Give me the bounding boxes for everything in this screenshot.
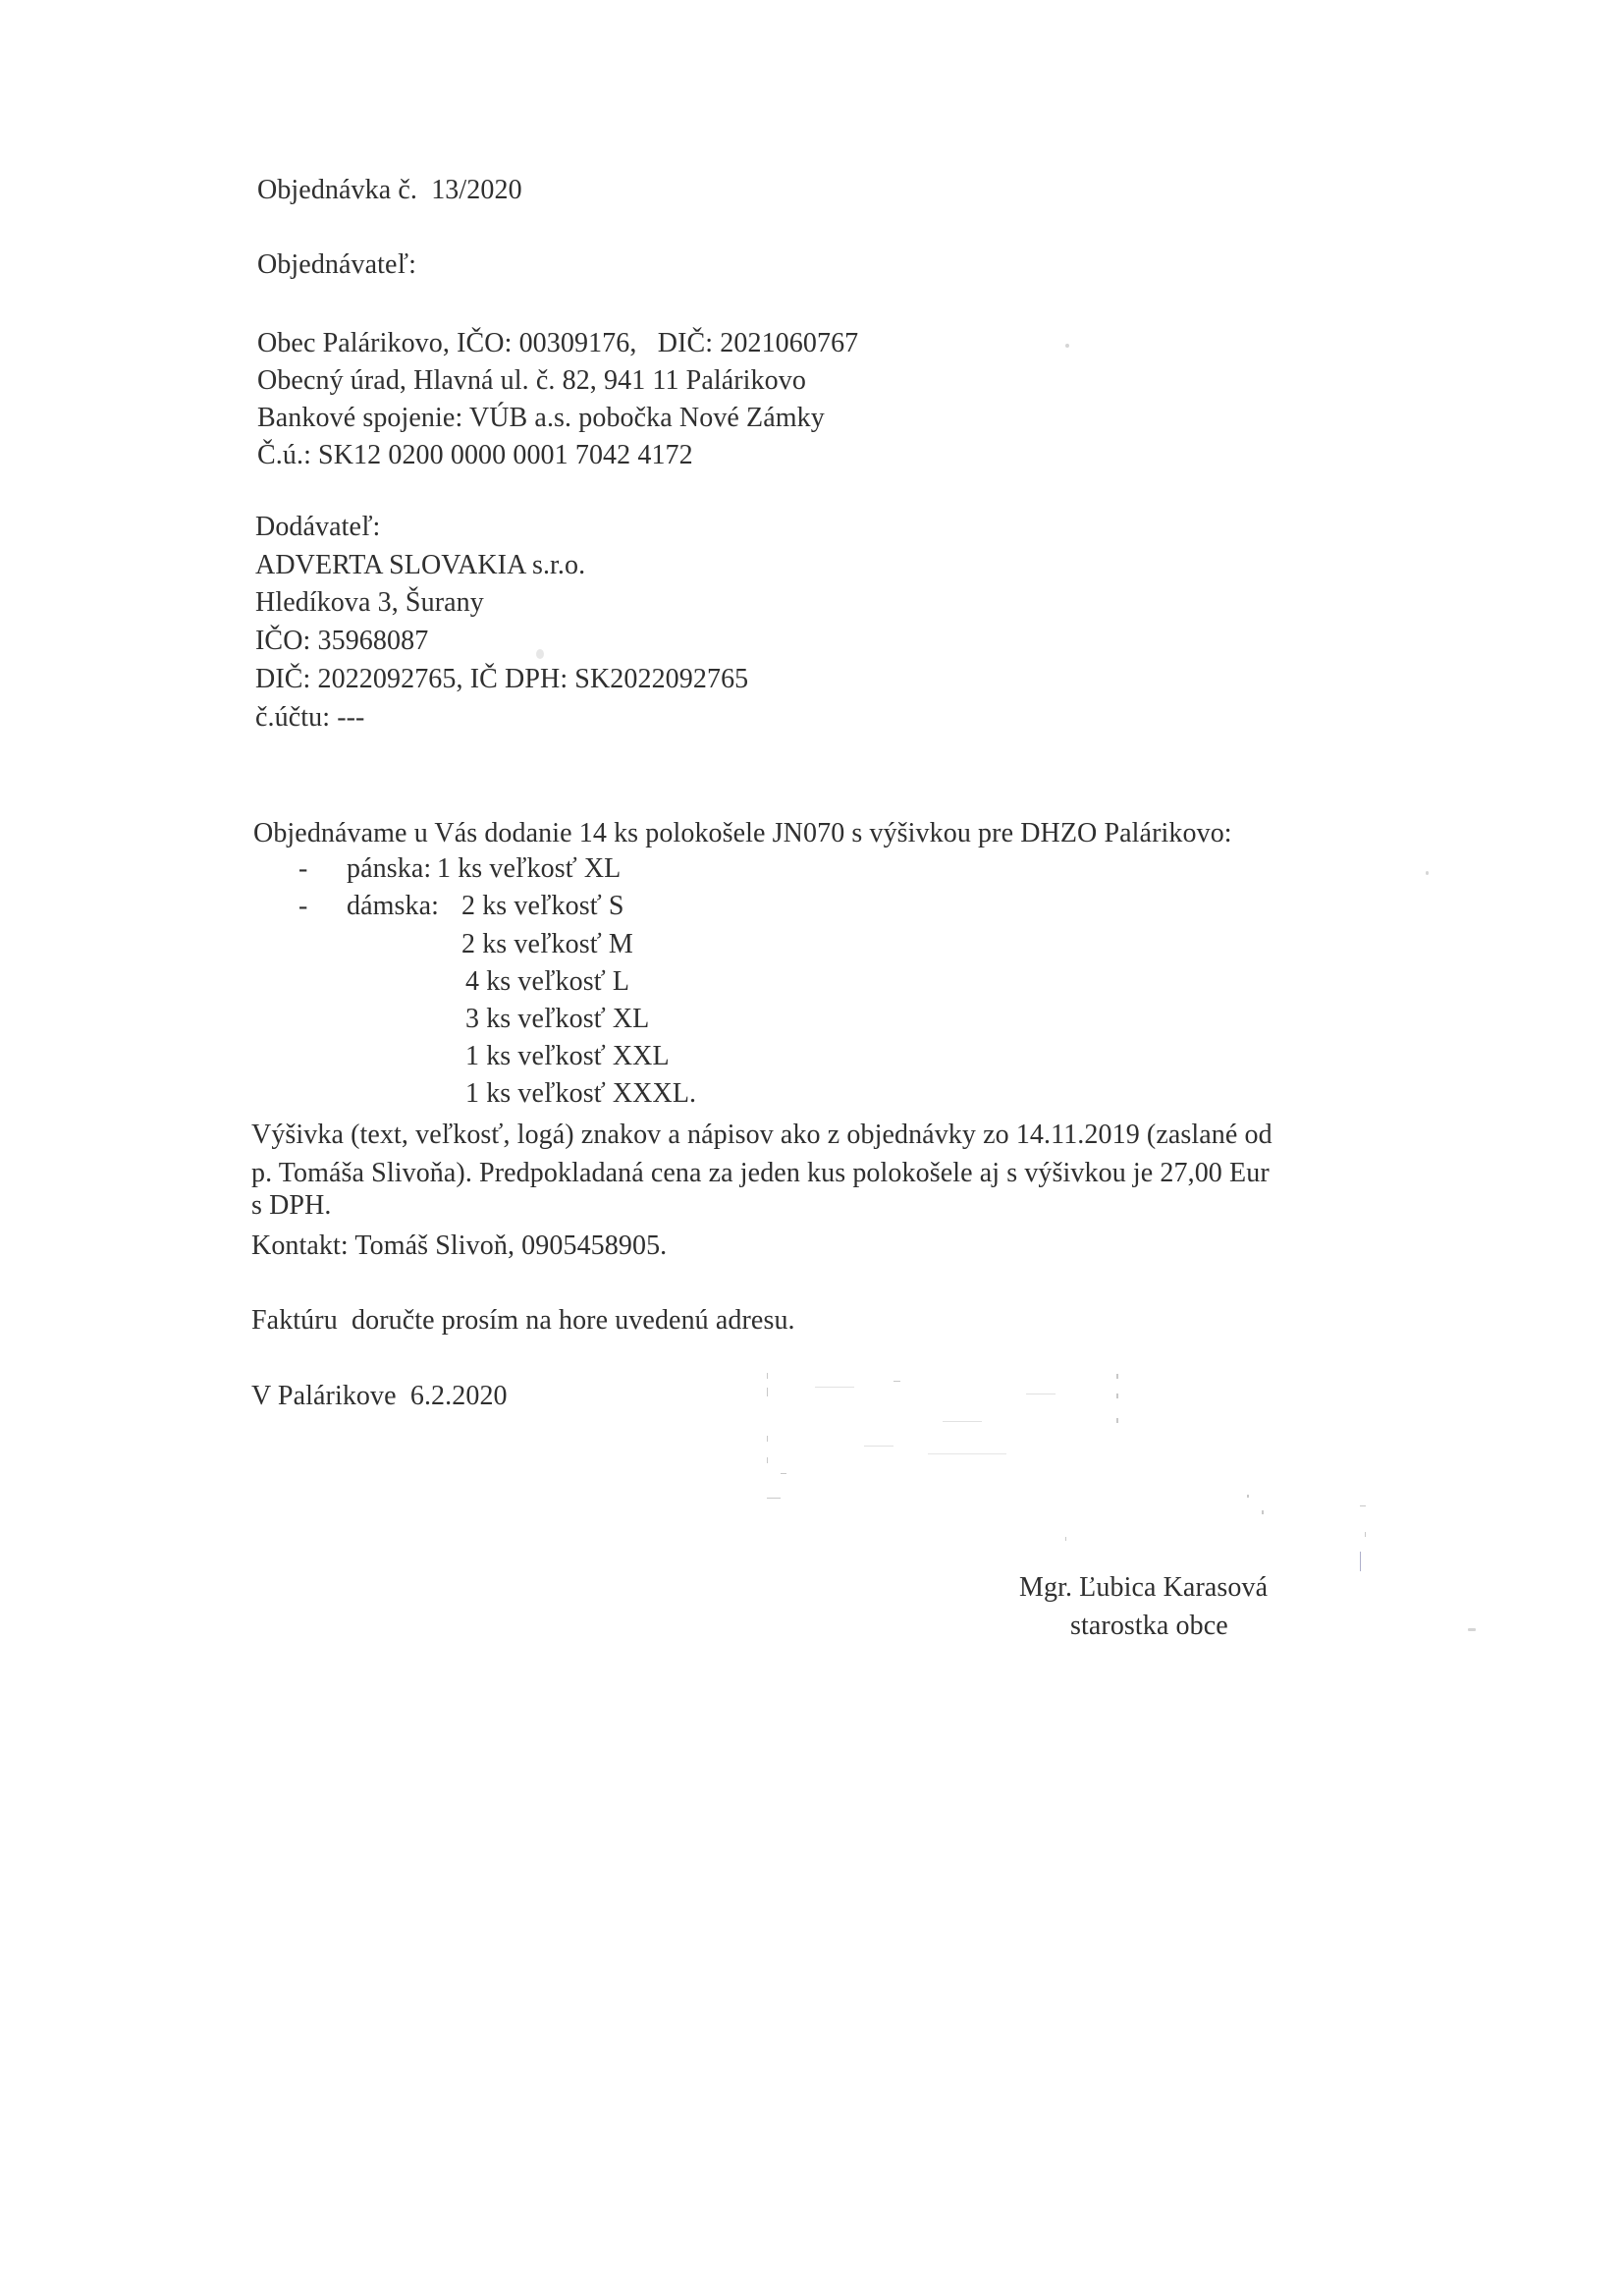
bullet-dash: -	[298, 855, 307, 883]
order-intro: Objednávame u Vás dodanie 14 ks polokoše…	[253, 820, 1232, 847]
men-size-item: 1 ks veľkosť XL	[437, 855, 621, 883]
women-size-item: 4 ks veľkosť L	[465, 968, 629, 996]
supplier-ico: IČO: 35968087	[255, 628, 428, 655]
embroidery-text: Výšivka (text, veľkosť, logá) znakov a n…	[251, 1121, 1272, 1149]
women-label: dámska:	[347, 893, 439, 920]
place-date: V Palárikove 6.2.2020	[251, 1383, 508, 1410]
women-size-item: 2 ks veľkosť M	[461, 931, 633, 958]
supplier-dic: DIČ: 2022092765, IČ DPH: SK2022092765	[255, 666, 748, 693]
customer-bank: Bankové spojenie: VÚB a.s. pobočka Nové …	[257, 405, 825, 432]
women-size-item: 1 ks veľkosť XXXL.	[465, 1080, 696, 1108]
scan-speck	[1065, 344, 1069, 348]
order-document-page: Objednávka č. 13/2020 Objednávateľ: Obec…	[0, 0, 1624, 2296]
customer-account: Č.ú.: SK12 0200 0000 0001 7042 4172	[257, 442, 693, 469]
customer-name-ids: Obec Palárikovo, IČO: 00309176, DIČ: 202…	[257, 330, 858, 357]
embroidery-text: p. Tomáša Slivoňa). Predpokladaná cena z…	[251, 1160, 1270, 1187]
scan-speck	[1468, 1628, 1476, 1631]
bullet-dash: -	[298, 893, 307, 920]
women-size-item: 2 ks veľkosť S	[461, 893, 624, 920]
supplier-heading: Dodávateľ:	[255, 514, 380, 541]
women-size-item: 1 ks veľkosť XXL	[465, 1043, 670, 1070]
order-title: Objednávka č. 13/2020	[257, 177, 522, 204]
supplier-address: Hledíkova 3, Šurany	[255, 589, 484, 617]
invoice-note: Faktúru doručte prosím na hore uvedenú a…	[251, 1307, 795, 1335]
signatory-name: Mgr. Ľubica Karasová	[1019, 1574, 1268, 1602]
embroidery-text: s DPH.	[251, 1192, 332, 1220]
supplier-name: ADVERTA SLOVAKIA s.r.o.	[255, 552, 585, 579]
contact-line: Kontakt: Tomáš Slivoň, 0905458905.	[251, 1232, 667, 1260]
customer-address: Obecný úrad, Hlavná ul. č. 82, 941 11 Pa…	[257, 367, 806, 395]
signatory-role: starostka obce	[1070, 1613, 1228, 1640]
women-size-item: 3 ks veľkosť XL	[465, 1006, 649, 1033]
scan-speck	[536, 649, 544, 659]
scan-speck	[1426, 871, 1429, 875]
men-label: pánska:	[347, 855, 431, 883]
supplier-account: č.účtu: ---	[255, 704, 365, 732]
customer-heading: Objednávateľ:	[257, 251, 416, 279]
